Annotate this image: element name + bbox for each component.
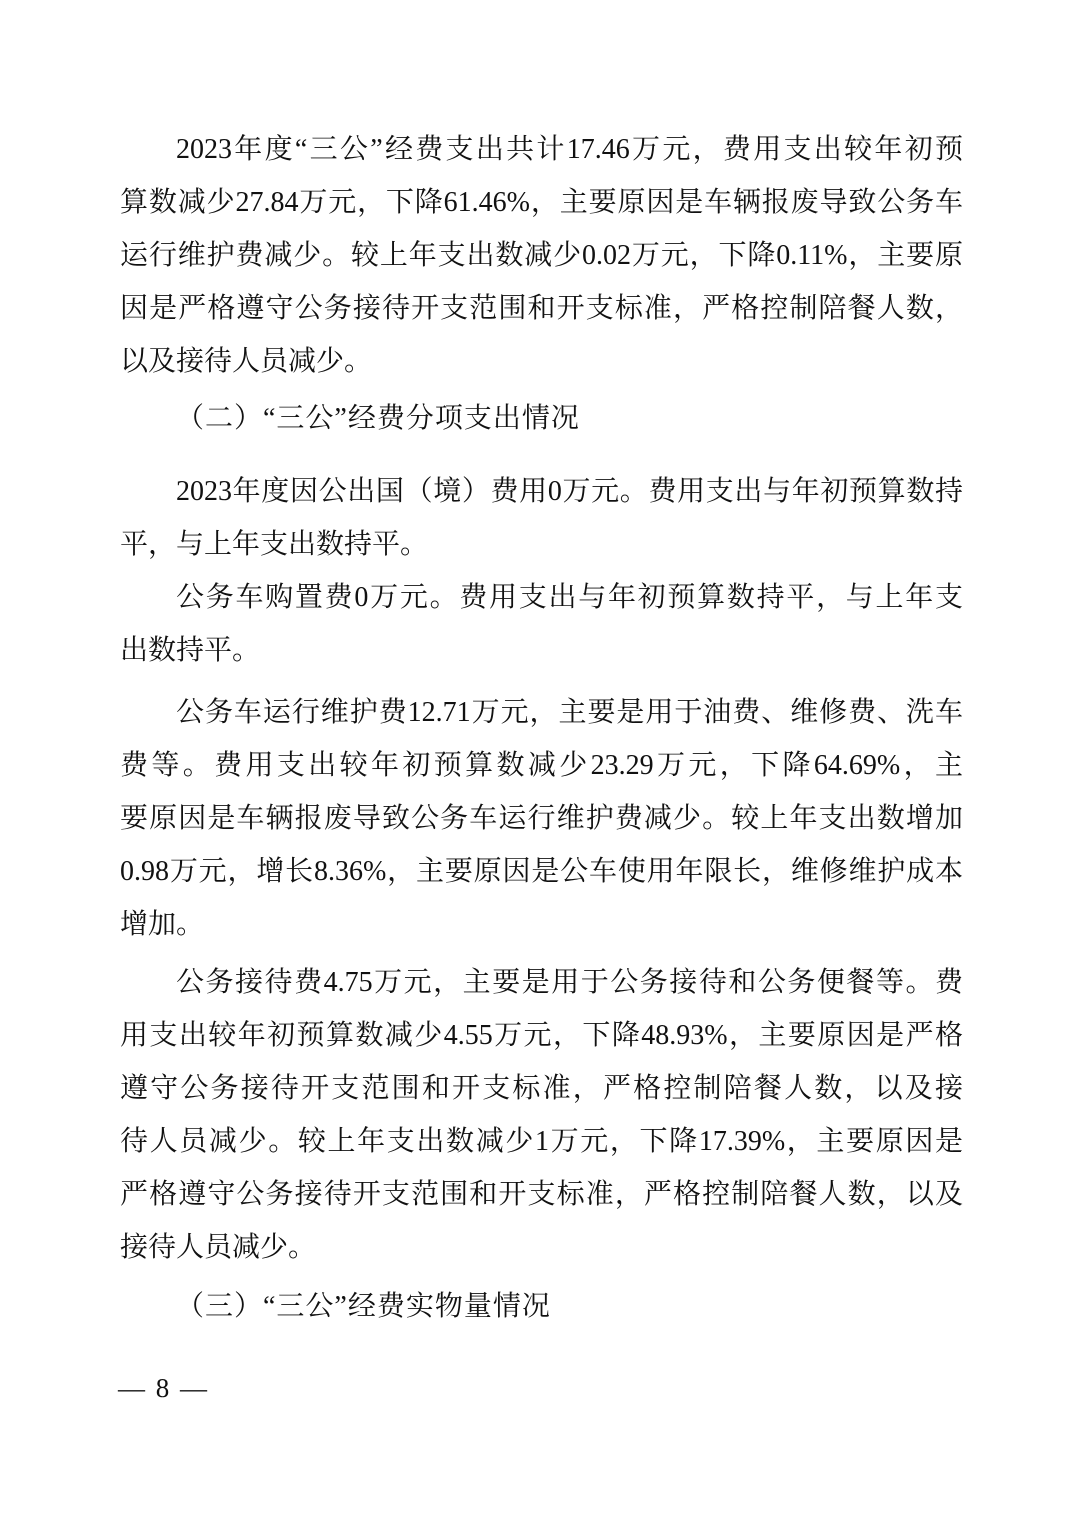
paragraph-line: 遵守公务接待开支范围和开支标准，严格控制陪餐人数，以及接 bbox=[120, 1062, 963, 1115]
paragraph-line: 公务接待费4.75万元，主要是用于公务接待和公务便餐等。费 bbox=[120, 956, 963, 1009]
paragraph-line: 要原因是车辆报废导致公务车运行维护费减少。较上年支出数增加 bbox=[120, 792, 963, 845]
paragraph-line: 平，与上年支出数持平。 bbox=[120, 518, 963, 571]
section-heading-itemized-expense: （二）“三公”经费分项支出情况 bbox=[120, 392, 963, 445]
paragraph-line: 因是严格遵守公务接待开支范围和开支标准，严格控制陪餐人数， bbox=[120, 282, 963, 335]
document-text-block: 2023年度“三公”经费支出共计17.46万元，费用支出较年初预 算数减少27.… bbox=[120, 123, 963, 1333]
paragraph-line: 2023年度“三公”经费支出共计17.46万元，费用支出较年初预 bbox=[120, 123, 963, 176]
paragraph-line: 待人员减少。较上年支出数减少1万元，下降17.39%，主要原因是 bbox=[120, 1115, 963, 1168]
paragraph-abroad-expense: 2023年度因公出国（境）费用0万元。费用支出与年初预算数持 平，与上年支出数持… bbox=[120, 465, 963, 571]
paragraph-vehicle-purchase: 公务车购置费0万元。费用支出与年初预算数持平，与上年支 出数持平。 bbox=[120, 571, 963, 677]
paragraph-line: 接待人员减少。 bbox=[120, 1221, 963, 1274]
paragraph-line: 运行维护费减少。较上年支出数减少0.02万元，下降0.11%，主要原 bbox=[120, 229, 963, 282]
paragraph-line: 算数减少27.84万元，下降61.46%，主要原因是车辆报废导致公务车 bbox=[120, 176, 963, 229]
paragraph-line: 公务车购置费0万元。费用支出与年初预算数持平，与上年支 bbox=[120, 571, 963, 624]
paragraph-line: 0.98万元，增长8.36%，主要原因是公车使用年限长，维修维护成本 bbox=[120, 845, 963, 898]
paragraph-line: 费等。费用支出较年初预算数减少23.29万元，下降64.69%，主 bbox=[120, 739, 963, 792]
paragraph-line: 用支出较年初预算数减少4.55万元，下降48.93%，主要原因是严格 bbox=[120, 1009, 963, 1062]
paragraph-total-expense: 2023年度“三公”经费支出共计17.46万元，费用支出较年初预 算数减少27.… bbox=[120, 123, 963, 388]
paragraph-line: 2023年度因公出国（境）费用0万元。费用支出与年初预算数持 bbox=[120, 465, 963, 518]
paragraph-vehicle-maintenance: 公务车运行维护费12.71万元，主要是用于油费、维修费、洗车 费等。费用支出较年… bbox=[120, 686, 963, 951]
section-heading-physical-quantity: （三）“三公”经费实物量情况 bbox=[120, 1280, 963, 1333]
document-page: { "page": { "number_label": "— 8 —" }, "… bbox=[0, 0, 1074, 1520]
page-number: — 8 — bbox=[118, 1368, 209, 1408]
paragraph-line: 严格遵守公务接待开支范围和开支标准，严格控制陪餐人数，以及 bbox=[120, 1168, 963, 1221]
paragraph-line: 增加。 bbox=[120, 898, 963, 951]
paragraph-line: 公务车运行维护费12.71万元，主要是用于油费、维修费、洗车 bbox=[120, 686, 963, 739]
paragraph-official-reception: 公务接待费4.75万元，主要是用于公务接待和公务便餐等。费 用支出较年初预算数减… bbox=[120, 956, 963, 1274]
paragraph-line: 以及接待人员减少。 bbox=[120, 335, 963, 388]
paragraph-line: 出数持平。 bbox=[120, 624, 963, 677]
